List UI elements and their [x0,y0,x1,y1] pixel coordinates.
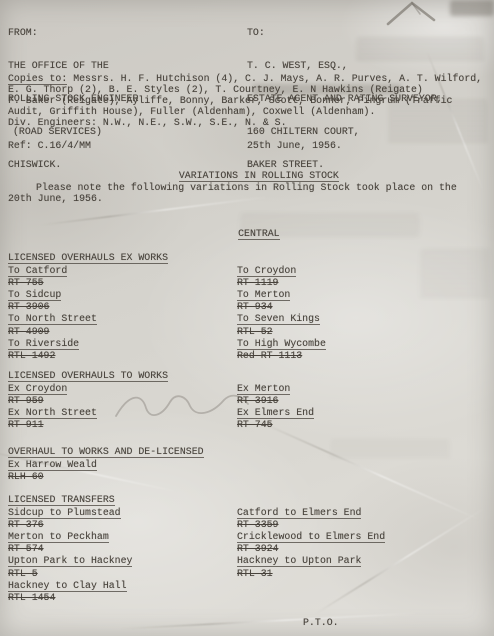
entry-fleet-number: RT 755 [8,277,44,288]
intro-paragraph: Please note the following variations in … [8,182,486,204]
stock-entry: Ex North Street RT 911 [8,407,237,431]
entry-fleet-number: RT 1119 [237,277,278,288]
section-overhaul-to-works-delicensed: OVERHAUL TO WORKS AND DE-LICENSED Ex Har… [8,446,488,483]
stock-entry: Cricklewood to Elmers End RT 3924 [237,531,488,555]
entry-fleet-number: RLH 60 [8,471,44,482]
section-licensed-overhauls-to-works: LICENSED OVERHAULS TO WORKS Ex Croydon R… [8,370,488,431]
stock-entry: To Seven Kings RTL 52 [237,313,488,337]
to-label: TO: [247,27,443,38]
entry-fleet-number: RT 376 [8,519,44,530]
stock-entry: Upton Park to Hackney RTL 5 [8,555,237,579]
entry-fleet-number: RTL 52 [237,326,273,337]
entry-fleet-number: RT 934 [237,301,273,312]
stock-entry: To High Wycombe Red RT 1113 [237,338,488,362]
entry-location: To Croydon [237,265,296,277]
entry-location: Cricklewood to Elmers End [237,531,385,543]
entry-fleet-number: RTL 31 [237,568,273,579]
entry-fleet-number: RT 3906 [8,301,49,312]
copies-block: Copies to: Messrs. H. F. Hutchison (4), … [8,73,492,128]
from-line: THE OFFICE OF THE [8,60,138,71]
entry-fleet-number: RT 911 [8,419,44,430]
entry-location: To Catford [8,265,67,277]
entry-location: Sidcup to Plumstead [8,507,121,519]
bleedthrough-smudge [450,0,494,16]
stock-entry: To Merton RT 934 [237,289,488,313]
stock-entry: Merton to Peckham RT 574 [8,531,237,555]
entry-fleet-number: RT 3916 [237,395,278,406]
entry-fleet-number: RT 3359 [237,519,278,530]
pto-note: P.T.O. [303,617,339,628]
entry-location: To Sidcup [8,289,61,301]
entry-location: Ex Croydon [8,383,67,395]
stock-entry: Ex Merton RT 3916 [237,383,488,407]
section-licensed-transfers: LICENSED TRANSFERS Sidcup to Plumstead R… [8,494,488,604]
to-line: T. C. WEST, ESQ., [247,60,443,71]
entry-fleet-number: RT 4909 [8,326,49,337]
entry-fleet-number: RT 745 [237,419,273,430]
copies-line: F. Baker (Reigate), Ayliffe, Bonny, Bark… [8,95,492,106]
entry-location: To Riverside [8,338,79,350]
stock-entry: Ex Elmers End RT 745 [237,407,488,431]
stock-entry: To Croydon RT 1119 [237,265,488,289]
stock-entry: To Catford RT 755 [8,265,237,289]
stock-entry: Catford to Elmers End RT 3359 [237,507,488,531]
stock-entry: Ex Croydon RT 959 [8,383,237,407]
entry-location: To North Street [8,313,97,325]
intro-line: 20th June, 1956. [8,193,486,204]
entry-fleet-number: RT 3924 [237,543,278,554]
entry-location: Hackney to Clay Hall [8,580,127,592]
region-heading: CENTRAL [238,228,279,240]
entry-location: Catford to Elmers End [237,507,361,519]
copies-line: E. G. Thorp (2), B. E. Styles (2), T. Co… [8,84,492,95]
ref-number: Ref: C.16/4/MM [8,140,91,151]
entry-location: Ex Harrow Weald [8,459,97,471]
letter-date: 25th June, 1956. [247,140,342,151]
entry-location: To High Wycombe [237,338,326,350]
entry-location: To Seven Kings [237,313,320,325]
section-heading: OVERHAUL TO WORKS AND DE-LICENSED [8,446,204,458]
stock-entry: To North Street RT 4909 [8,313,237,337]
entry-fleet-number: RTL 1492 [8,350,55,361]
entry-location: Upton Park to Hackney [8,555,132,567]
stock-entry: To Riverside RTL 1492 [8,338,237,362]
stock-entry: Ex Harrow Weald RLH 60 [8,459,237,483]
paper-crease [120,612,420,630]
entry-location: Ex Merton [237,383,290,395]
entry-location: Ex North Street [8,407,97,419]
section-heading: LICENSED OVERHAULS TO WORKS [8,370,168,382]
section-heading: LICENSED TRANSFERS [8,494,115,506]
region-heading-row: CENTRAL [0,217,494,250]
entry-fleet-number: RT 959 [8,395,44,406]
entry-fleet-number: RTL 5 [8,568,38,579]
stock-entry: Hackney to Upton Park RTL 31 [237,555,488,579]
div-engineers-line: Div. Engineers: N.W., N.E., S.W., S.E., … [8,117,492,128]
stock-entry: Sidcup to Plumstead RT 376 [8,507,237,531]
entry-location: Ex Elmers End [237,407,314,419]
stock-entry: To Sidcup RT 3906 [8,289,237,313]
copies-line: Audit, Griffith House), Fuller (Aldenham… [8,106,492,117]
entry-fleet-number: RTL 1454 [8,592,55,603]
letter-title: VARIATIONS IN ROLLING STOCK [179,170,339,182]
entry-location: Merton to Peckham [8,531,109,543]
copies-line: Messrs. H. F. Hutchison (4), C. J. Mays,… [73,73,482,84]
section-heading: LICENSED OVERHAULS EX WORKS [8,252,168,264]
entry-location: To Merton [237,289,290,301]
entry-fleet-number: RT 574 [8,543,44,554]
entry-location: Hackney to Upton Park [237,555,361,567]
scanned-memo-page: FROM: THE OFFICE OF THE ROLLING STOCK EN… [0,0,494,636]
entry-fleet-number: Red RT 1113 [237,350,302,361]
from-label: FROM: [8,27,138,38]
intro-line: Please note the following variations in … [8,182,486,193]
section-licensed-overhauls-ex-works: LICENSED OVERHAULS EX WORKS To Catford R… [8,252,488,362]
stock-entry: Hackney to Clay Hall RTL 1454 [8,580,237,604]
